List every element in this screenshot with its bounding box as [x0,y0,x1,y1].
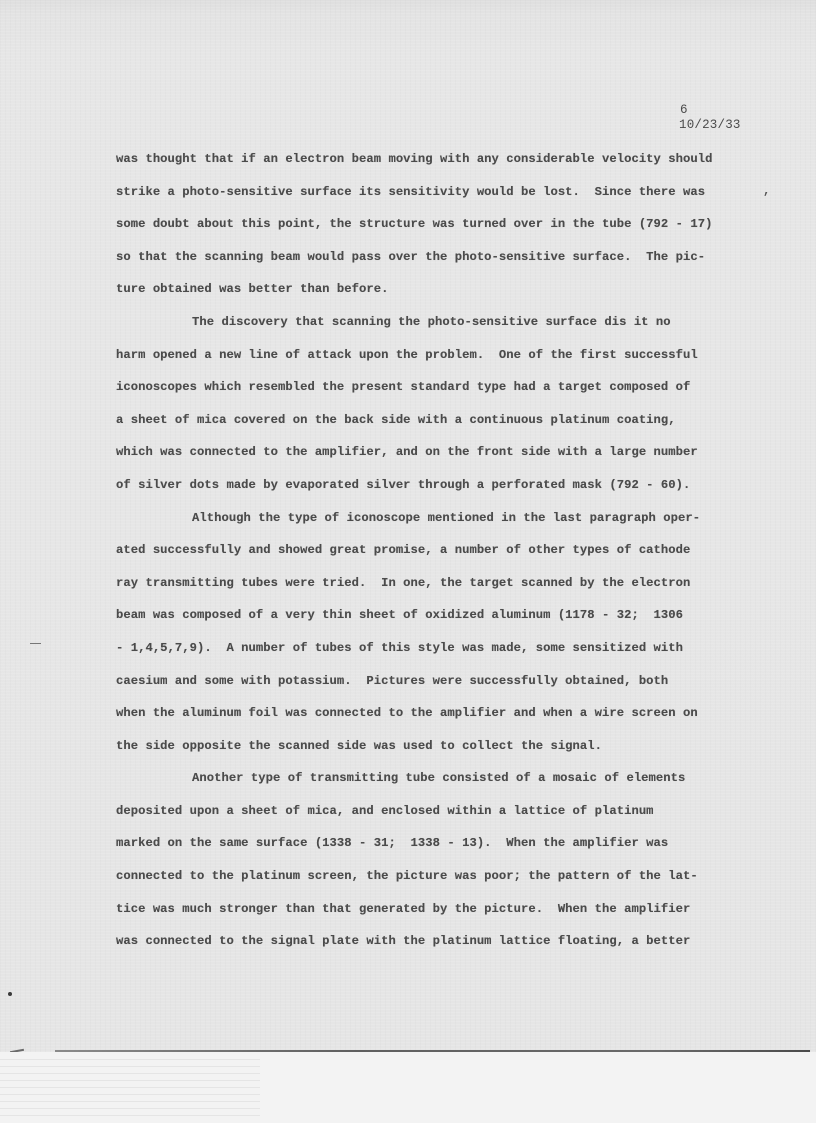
text-line: caesium and some with potassium. Picture… [116,672,766,705]
page-date: 10/23/33 [679,118,741,133]
text-line: harm opened a new line of attack upon th… [116,346,766,379]
text-line: some doubt about this point, the structu… [116,215,766,248]
scanned-page: 6 10/23/33 , was thought that if an elec… [0,0,816,1052]
text-line: was thought that if an electron beam mov… [116,150,766,183]
text-line: so that the scanning beam would pass ove… [116,248,766,281]
text-line: deposited upon a sheet of mica, and encl… [116,802,766,835]
text-line: when the aluminum foil was connected to … [116,704,766,737]
text-line: tice was much stronger than that generat… [116,900,766,933]
text-line: strike a photo-sensitive surface its sen… [116,183,766,216]
page-header: 6 10/23/33 [680,103,741,133]
text-line: the side opposite the scanned side was u… [116,737,766,770]
scan-background [0,1052,816,1123]
paragraph-start-line: Although the type of iconoscope mentione… [116,509,766,542]
page-number: 6 [680,103,741,118]
text-line: connected to the platinum screen, the pi… [116,867,766,900]
text-line: iconoscopes which resembled the present … [116,378,766,411]
margin-mark [30,643,41,644]
text-line: a sheet of mica covered on the back side… [116,411,766,444]
typewritten-body: was thought that if an electron beam mov… [116,150,766,965]
text-line: marked on the same surface (1338 - 31; 1… [116,834,766,867]
text-line: which was connected to the amplifier, an… [116,443,766,476]
paragraph-start-line: Another type of transmitting tube consis… [116,769,766,802]
paragraph-start-line: The discovery that scanning the photo-se… [116,313,766,346]
text-line: was connected to the signal plate with t… [116,932,766,965]
text-line: - 1,4,5,7,9). A number of tubes of this … [116,639,766,672]
margin-dot [8,992,12,996]
text-line: beam was composed of a very thin sheet o… [116,606,766,639]
text-line: ture obtained was better than before. [116,280,766,313]
text-line: ray transmitting tubes were tried. In on… [116,574,766,607]
text-line: ated successfully and showed great promi… [116,541,766,574]
text-line: of silver dots made by evaporated silver… [116,476,766,509]
